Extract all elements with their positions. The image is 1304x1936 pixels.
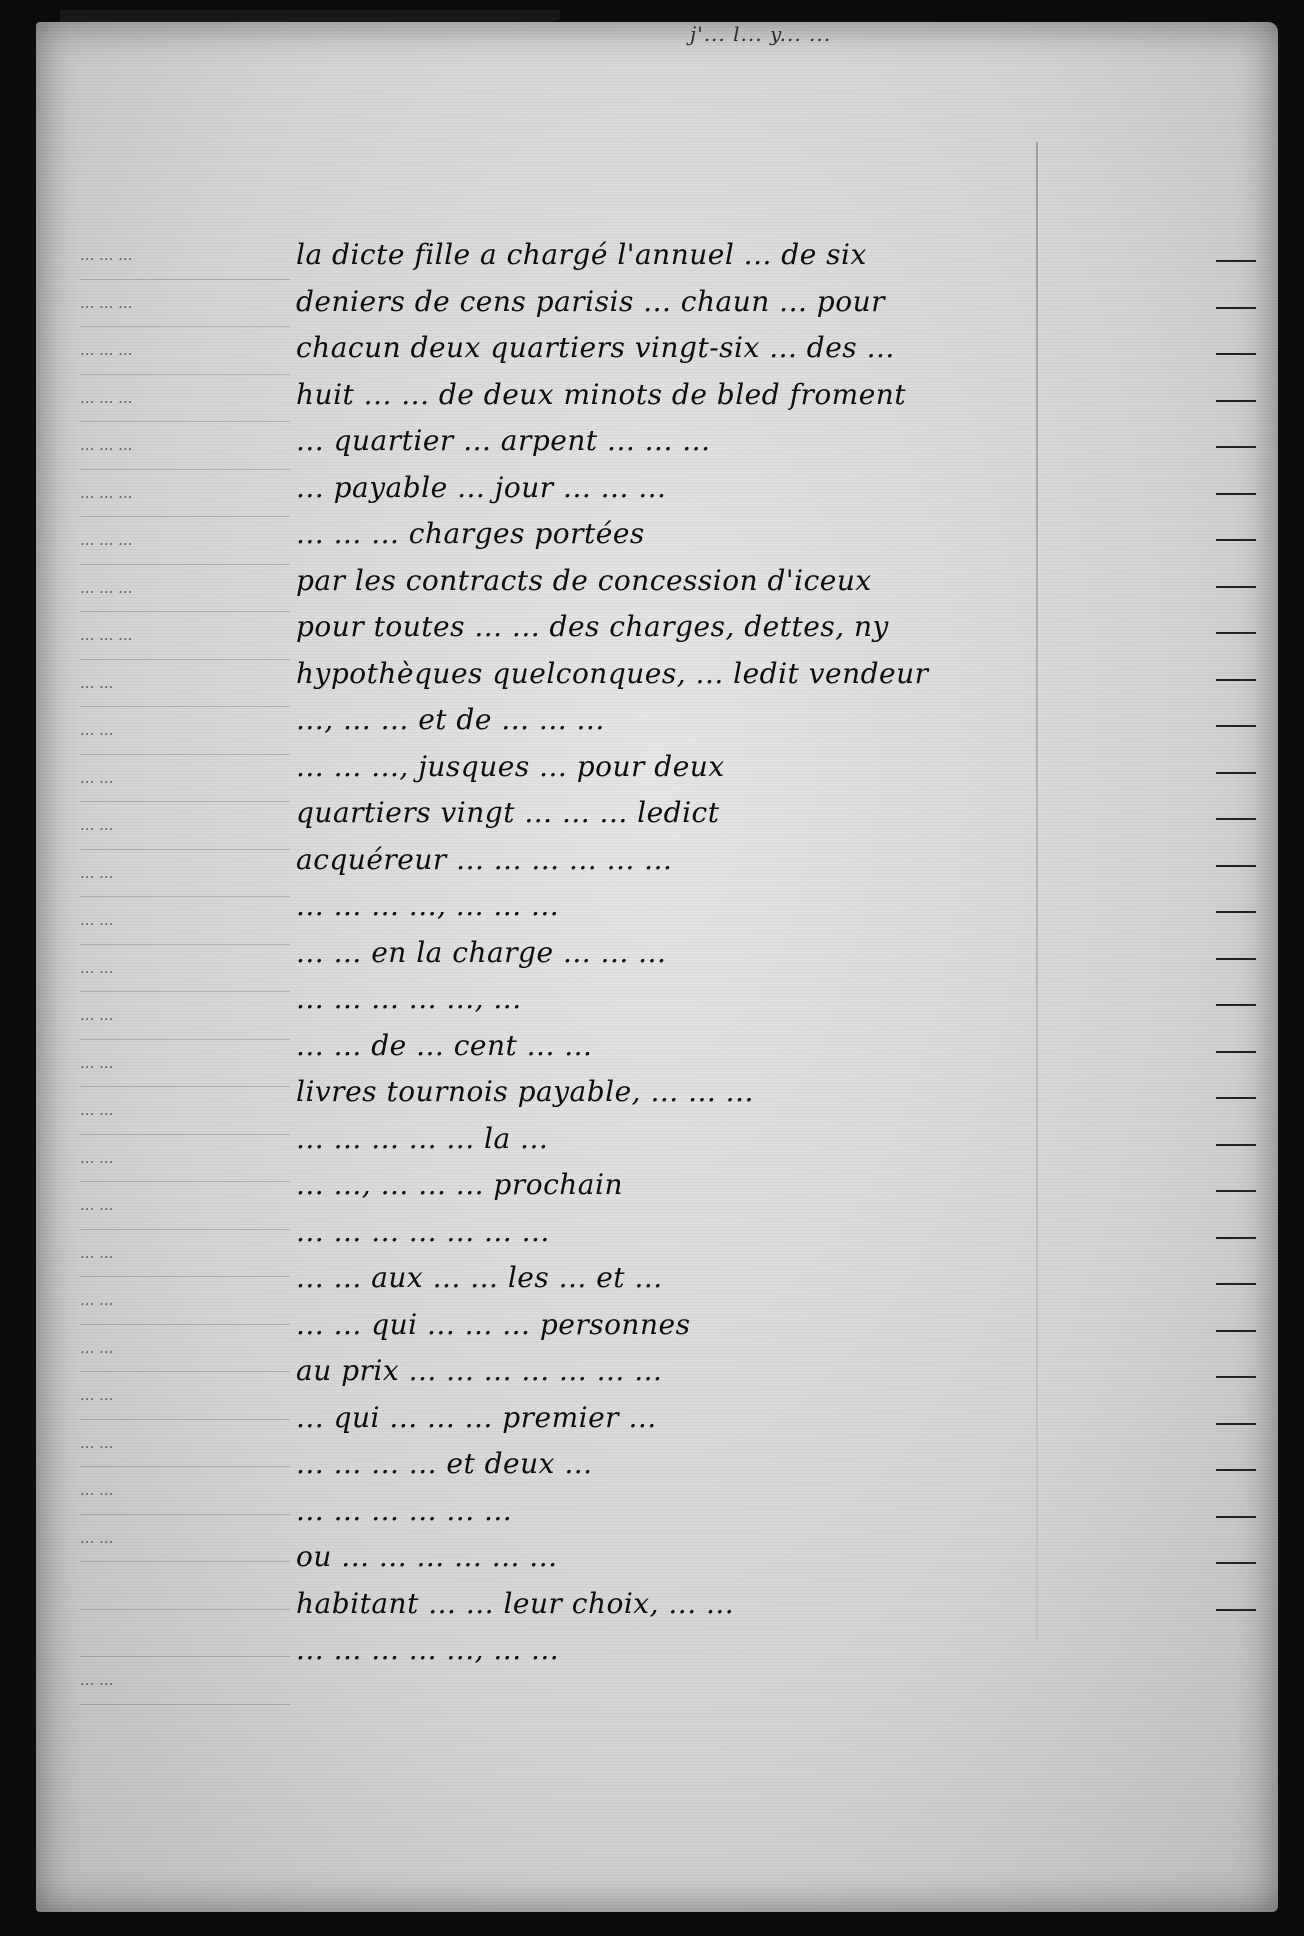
manuscript-line: hypothèques quelconques, ... ledit vende…	[296, 651, 1236, 698]
manuscript-line: au prix ... ... ... ... ... ... ...	[296, 1348, 1236, 1395]
margin-line: ... ... ...	[80, 470, 290, 518]
margin-line: ... ...	[80, 850, 290, 898]
manuscript-line: ... ... ... ... ..., ... ...	[296, 1627, 1236, 1674]
margin-line: ... ... ...	[80, 280, 290, 328]
margin-line: ... ...	[80, 992, 290, 1040]
margin-line: ... ...	[80, 707, 290, 755]
margin-column: ... ... ... ... ... ... ... ... ... ... …	[80, 232, 290, 1705]
margin-line	[80, 1610, 290, 1658]
manuscript-line: pour toutes ... ... des charges, dettes,…	[296, 604, 1236, 651]
margin-line: ... ...	[80, 1467, 290, 1515]
margin-line: ... ...	[80, 1657, 290, 1705]
margin-line: ... ...	[80, 1040, 290, 1088]
margin-line: ... ...	[80, 1135, 290, 1183]
margin-line: ... ... ...	[80, 327, 290, 375]
manuscript-body: la dicte fille a chargé l'annuel ... de …	[296, 232, 1236, 1674]
manuscript-line: quartiers vingt ... ... ... ledict	[296, 790, 1236, 837]
margin-line: ... ...	[80, 1372, 290, 1420]
header-note: j'... l... y... ...	[690, 22, 831, 46]
manuscript-line: ... ... en la charge ... ... ...	[296, 930, 1236, 977]
manuscript-line: ... ... ... ... ..., ...	[296, 976, 1236, 1023]
margin-line: ... ...	[80, 802, 290, 850]
margin-line: ... ... ...	[80, 565, 290, 613]
margin-line: ... ...	[80, 755, 290, 803]
manuscript-line: ... ... qui ... ... ... personnes	[296, 1302, 1236, 1349]
margin-line	[80, 1562, 290, 1610]
manuscript-line: ... quartier ... arpent ... ... ...	[296, 418, 1236, 465]
manuscript-line: ... ... ... ... ... ...	[296, 1488, 1236, 1535]
manuscript-line: ... payable ... jour ... ... ...	[296, 465, 1236, 512]
margin-line: ... ... ...	[80, 232, 290, 280]
manuscript-line: ... ... ... charges portées	[296, 511, 1236, 558]
manuscript-line: livres tournois payable, ... ... ...	[296, 1069, 1236, 1116]
margin-line: ... ...	[80, 1325, 290, 1373]
manuscript-line: par les contracts de concession d'iceux	[296, 558, 1236, 605]
manuscript-line: ... ... ..., jusques ... pour deux	[296, 744, 1236, 791]
margin-line: ... ...	[80, 897, 290, 945]
manuscript-line: ..., ... ... et de ... ... ...	[296, 697, 1236, 744]
manuscript-line: ... ... ... ... ... la ...	[296, 1116, 1236, 1163]
margin-line: ... ...	[80, 1420, 290, 1468]
manuscript-line: huit ... ... de deux minots de bled from…	[296, 372, 1236, 419]
margin-line: ... ... ...	[80, 612, 290, 660]
margin-line: ... ...	[80, 1277, 290, 1325]
manuscript-line: ... ... ... ... et deux ...	[296, 1441, 1236, 1488]
margin-line: ... ...	[80, 1087, 290, 1135]
manuscript-line: habitant ... ... leur choix, ... ...	[296, 1581, 1236, 1628]
manuscript-line: la dicte fille a chargé l'annuel ... de …	[296, 232, 1236, 279]
manuscript-line: ... ... ... ... ... ... ...	[296, 1209, 1236, 1256]
margin-line: ... ... ...	[80, 422, 290, 470]
margin-line: ... ...	[80, 1182, 290, 1230]
margin-line: ... ...	[80, 945, 290, 993]
manuscript-line: acquéreur ... ... ... ... ... ...	[296, 837, 1236, 884]
margin-line: ... ...	[80, 1515, 290, 1563]
margin-line: ... ... ...	[80, 517, 290, 565]
manuscript-line: ... ... aux ... ... les ... et ...	[296, 1255, 1236, 1302]
manuscript-line: chacun deux quartiers vingt-six ... des …	[296, 325, 1236, 372]
margin-line: ... ... ...	[80, 375, 290, 423]
manuscript-line: deniers de cens parisis ... chaun ... po…	[296, 279, 1236, 326]
manuscript-line: ... ... ... ..., ... ... ...	[296, 883, 1236, 930]
manuscript-line: ... qui ... ... ... premier ...	[296, 1395, 1236, 1442]
margin-line: ... ...	[80, 1230, 290, 1278]
manuscript-line: ... ..., ... ... ... prochain	[296, 1162, 1236, 1209]
manuscript-line: ... ... de ... cent ... ...	[296, 1023, 1236, 1070]
manuscript-line: ou ... ... ... ... ... ...	[296, 1534, 1236, 1581]
margin-line: ... ...	[80, 660, 290, 708]
